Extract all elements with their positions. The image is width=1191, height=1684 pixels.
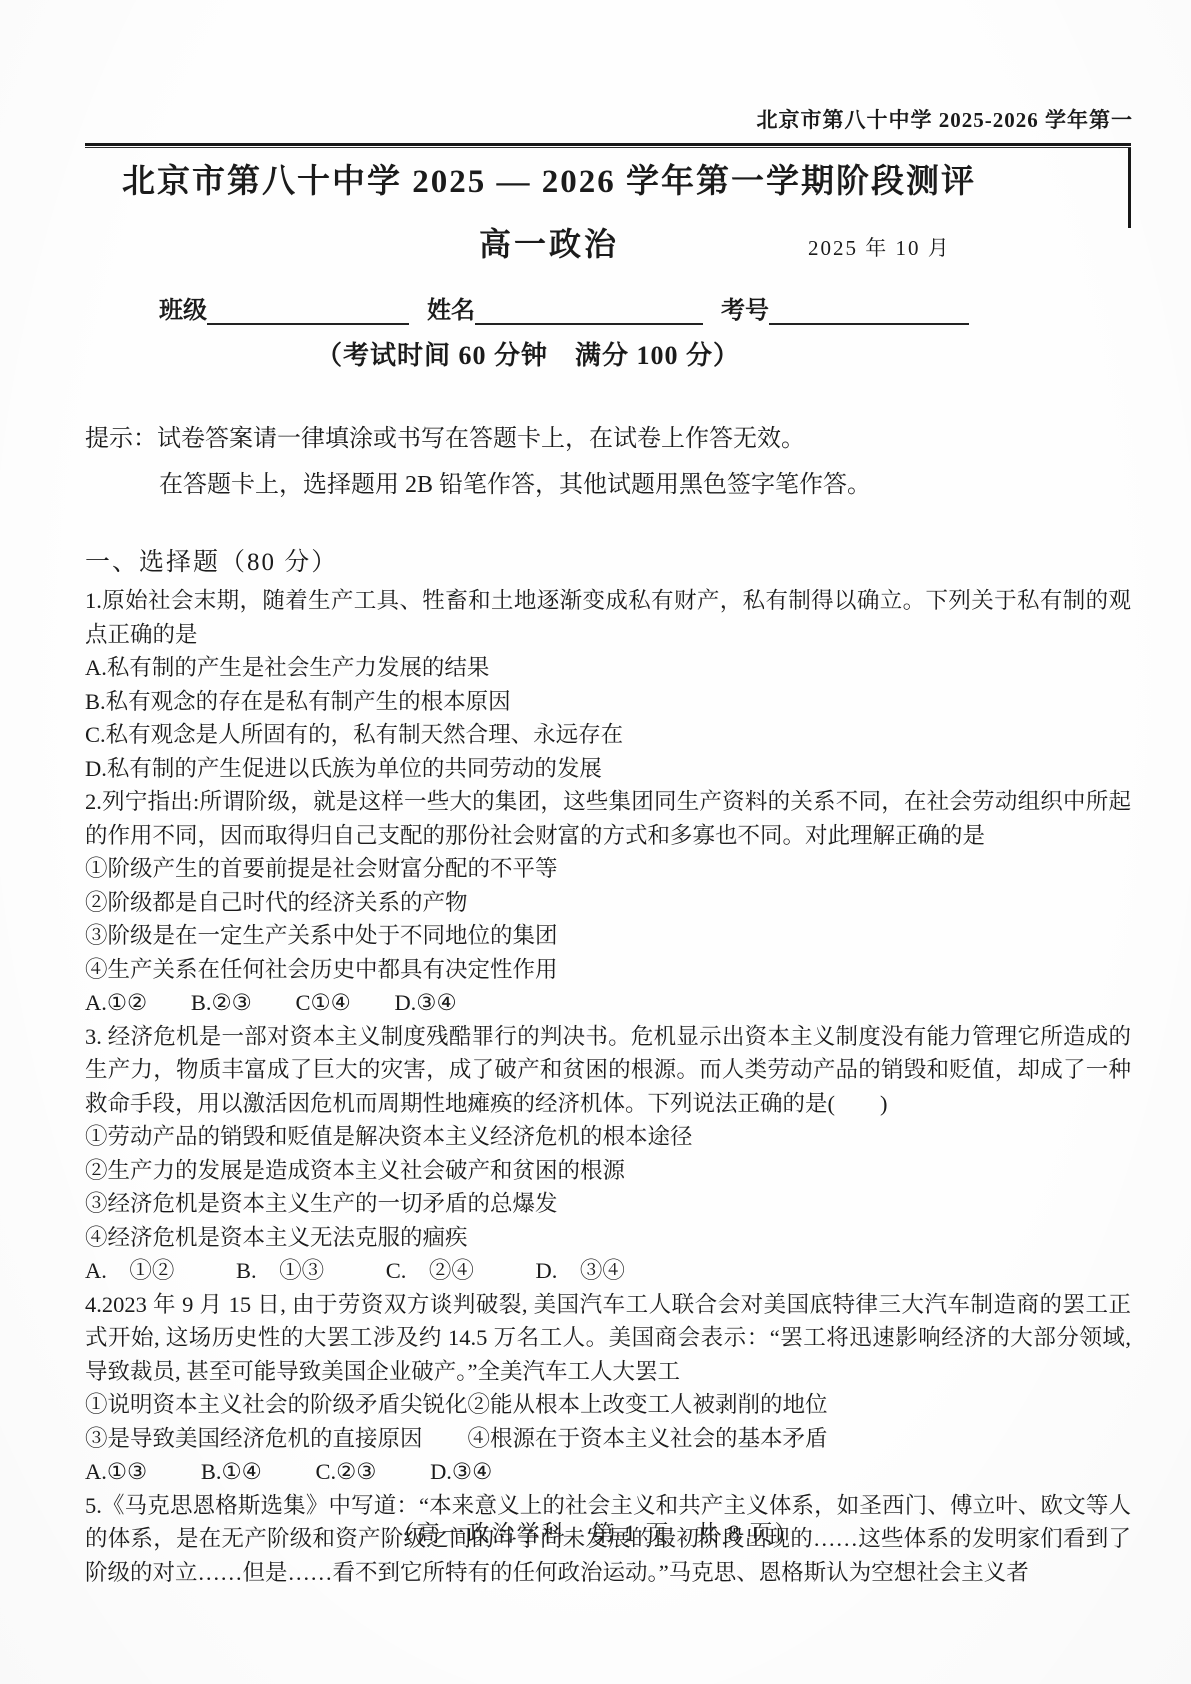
student-info-row: 班级 姓名 考号 bbox=[159, 290, 1131, 325]
document-body: 北京市第八十中学 2025 — 2026 学年第一学期阶段测评 高一政治 202… bbox=[85, 160, 1131, 1589]
question-2-stem: 2.列宁指出:所谓阶级，就是这样一些大的集团，这些集团同生产资料的关系不同，在社… bbox=[85, 785, 1131, 852]
question-4-choice-d: D.③④ bbox=[430, 1455, 492, 1489]
question-4-choice-a: A.①③ bbox=[85, 1455, 147, 1489]
question-1-option-d: D.私有制的产生促进以氏族为单位的共同劳动的发展 bbox=[85, 752, 1131, 786]
question-3-choices: A. ①② B. ①③ C. ②④ D. ③④ bbox=[85, 1254, 1131, 1288]
question-1-option-a: A.私有制的产生是社会生产力发展的结果 bbox=[85, 651, 1131, 685]
question-3-item-3: ③经济危机是资本主义生产的一切矛盾的总爆发 bbox=[85, 1187, 1131, 1221]
exam-number-fill-line bbox=[769, 299, 969, 325]
notice-line-1: 提示：试卷答案请一律填涂或书写在答题卡上，在试卷上作答无效。 bbox=[85, 416, 1131, 462]
question-2-choice-b: B.②③ bbox=[191, 986, 252, 1020]
question-3-choice-d: D. ③④ bbox=[536, 1254, 625, 1288]
subject-row: 高一政治 2025 年 10 月 bbox=[85, 222, 1131, 266]
page-title: 北京市第八十中学 2025 — 2026 学年第一学期阶段测评 bbox=[85, 160, 1013, 204]
corner-header: 北京市第八十中学 2025-2026 学年第一 bbox=[757, 104, 1134, 134]
question-4-stem: 4.2023 年 9 月 15 日, 由于劳资双方谈判破裂, 美国汽车工人联合会… bbox=[85, 1288, 1131, 1389]
name-fill-line bbox=[475, 299, 703, 325]
question-1-option-c: C.私有观念是人所固有的，私有制天然合理、永远存在 bbox=[85, 718, 1131, 752]
question-3-item-1: ①劳动产品的销毁和贬值是解决资本主义经济危机的根本途径 bbox=[85, 1120, 1131, 1154]
question-3-choice-c: C. ②④ bbox=[386, 1254, 474, 1288]
question-2-item-4: ④生产关系在任何社会历史中都具有决定性作用 bbox=[85, 953, 1131, 987]
question-3-choice-b: B. ①③ bbox=[236, 1254, 324, 1288]
question-2-choices: A.①② B.②③ C①④ D.③④ bbox=[85, 986, 1131, 1020]
question-2-choice-a: A.①② bbox=[85, 986, 147, 1020]
question-2-item-1: ①阶级产生的首要前提是社会财富分配的不平等 bbox=[85, 852, 1131, 886]
notice-line-2: 在答题卡上，选择题用 2B 铅笔作答，其他试题用黑色签字笔作答。 bbox=[159, 462, 1131, 508]
question-2-choice-d: D.③④ bbox=[394, 986, 456, 1020]
question-4-choice-b: B.①④ bbox=[201, 1455, 262, 1489]
question-1-stem: 1.原始社会末期，随着生产工具、牲畜和土地逐渐变成私有财产，私有制得以确立。下列… bbox=[85, 584, 1131, 651]
exam-number-label: 考号 bbox=[721, 290, 769, 325]
question-2-choice-c: C①④ bbox=[295, 986, 350, 1020]
question-3-item-2: ②生产力的发展是造成资本主义社会破产和贫困的根源 bbox=[85, 1154, 1131, 1188]
page-footer: （高一政治学科 第 1 页 共 8 页） bbox=[0, 1515, 1191, 1548]
question-4-item-row-1: ①说明资本主义社会的阶级矛盾尖锐化②能从根本上改变工人被剥削的地位 bbox=[85, 1388, 1131, 1422]
question-3-stem: 3. 经济危机是一部对资本主义制度残酷罪行的判决书。危机显示出资本主义制度没有能… bbox=[85, 1020, 1131, 1121]
question-2-item-2: ②阶级都是自己时代的经济关系的产物 bbox=[85, 886, 1131, 920]
question-3-item-4: ④经济危机是资本主义无法克服的痼疾 bbox=[85, 1221, 1131, 1255]
class-label: 班级 bbox=[159, 290, 207, 325]
name-label: 姓名 bbox=[427, 290, 475, 325]
question-2-item-3: ③阶级是在一定生产关系中处于不同地位的集团 bbox=[85, 919, 1131, 953]
question-1-option-b: B.私有观念的存在是私有制产生的根本原因 bbox=[85, 685, 1131, 719]
exam-date: 2025 年 10 月 bbox=[808, 232, 951, 262]
section-heading: 一、选择题（80 分） bbox=[85, 546, 1131, 580]
questions-area: 1.原始社会末期，随着生产工具、牲畜和土地逐渐变成私有财产，私有制得以确立。下列… bbox=[85, 584, 1131, 1589]
notice-block: 提示：试卷答案请一律填涂或书写在答题卡上，在试卷上作答无效。 在答题卡上，选择题… bbox=[85, 416, 1131, 508]
class-fill-line bbox=[207, 299, 409, 325]
exam-paper-page: 北京市第八十中学 2025-2026 学年第一 北京市第八十中学 2025 — … bbox=[0, 0, 1191, 1684]
question-4-choice-c: C.②③ bbox=[315, 1455, 376, 1489]
question-3-choice-a: A. ①② bbox=[85, 1254, 174, 1288]
question-4-item-row-2: ③是导致美国经济危机的直接原因 ④根源在于资本主义社会的基本矛盾 bbox=[85, 1422, 1131, 1456]
header-rule bbox=[85, 143, 1131, 148]
exam-duration-info: （考试时间 60 分钟 满分 100 分） bbox=[85, 335, 971, 372]
question-4-choices: A.①③ B.①④ C.②③ D.③④ bbox=[85, 1455, 1131, 1489]
